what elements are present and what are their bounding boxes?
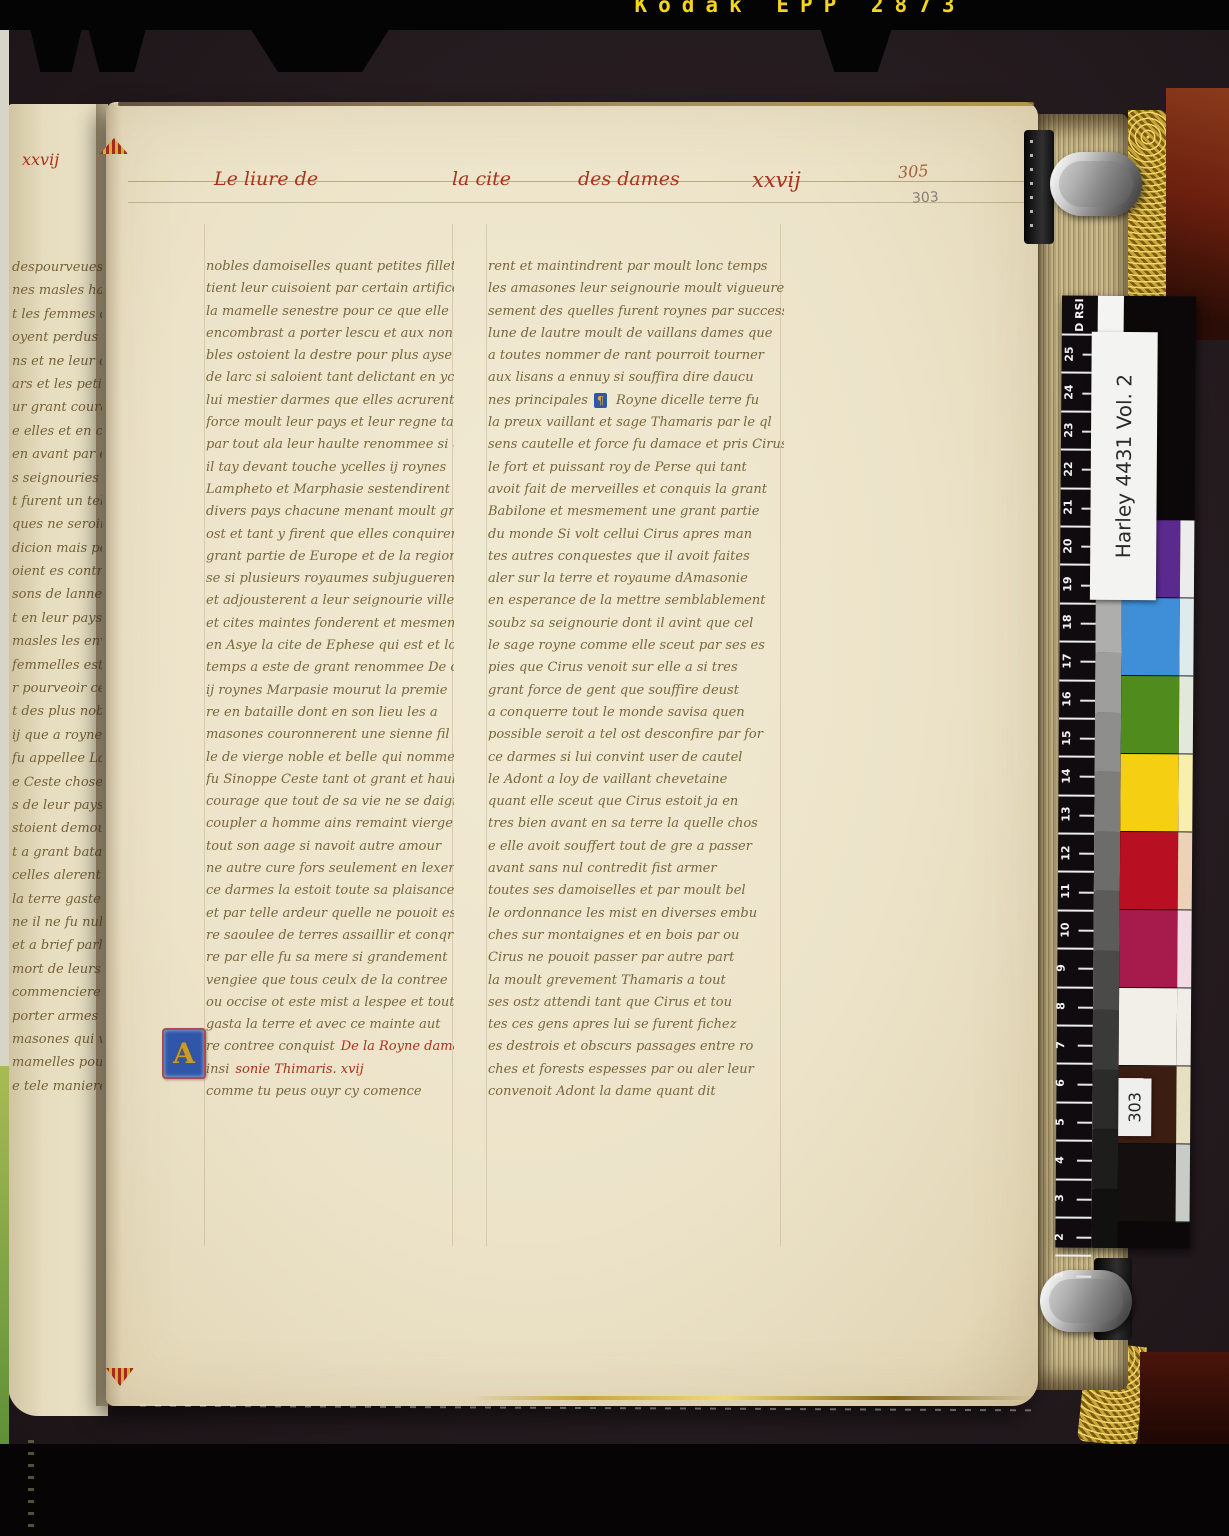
ink-text: nobles damoiselles quant petites fillett…	[206, 259, 454, 274]
text-line: ce darmes la estoit toute sa plaisance	[206, 880, 454, 902]
ruler-tick-cell: 15	[1059, 717, 1095, 756]
text-line: convenoit Adont la dame quant dit	[488, 1081, 784, 1103]
column-ruling-line	[486, 224, 487, 1246]
ink-text: possible seroit a tel ost desconfire par…	[488, 727, 763, 742]
ink-text: tes ces gens apres lui se furent fichez	[488, 1017, 736, 1032]
ruler-number: 4	[1053, 1156, 1066, 1164]
ink-text: Lampheto et Marphasie sestendirent en	[206, 482, 454, 497]
color-patch	[1121, 598, 1180, 676]
film-edge-strip	[0, 30, 9, 1070]
text-line: sens cautelle et force fu damace et pris…	[488, 434, 784, 456]
text-line: ce darmes si lui convint user de cautel	[488, 747, 784, 769]
ruler-tick-cell: 11	[1058, 871, 1094, 910]
film-bottom-border	[0, 1444, 1229, 1536]
ink-text: avant sans nul contredit fist armer	[488, 861, 717, 876]
ruler-number: 13	[1059, 807, 1072, 822]
text-line: es destrois et obscurs passages entre ro	[488, 1036, 784, 1058]
tint-patch	[1177, 910, 1192, 988]
text-line: gasta la terre et avec ce mainte aut	[206, 1014, 454, 1036]
text-line: bles ostoient la destre pour plus ayse t…	[206, 345, 454, 367]
text-line: en esperance de la mettre semblablement	[488, 590, 784, 612]
ink-text: ce darmes si lui convint user de cautel	[488, 750, 742, 765]
text-line: re saoulee de terres assaillir et conqr	[206, 925, 454, 947]
ruler-number: 6	[1054, 1079, 1067, 1087]
header-ruling-line	[128, 202, 1024, 203]
text-line-fragment: t furent un tel cort	[12, 490, 102, 513]
ink-text: courage que tout de sa vie ne se daigna	[206, 794, 454, 809]
text-line: insisonie Thimaris. xvij	[206, 1059, 454, 1081]
text-line: en Asye la cite de Ephese qui est et lon	[206, 635, 454, 657]
ruler-tick-cell: 5	[1056, 1101, 1092, 1140]
ink-text: ches sur montaignes et en bois par ou	[488, 928, 739, 943]
text-line-fragment: celles alerent sur les	[12, 864, 102, 887]
ruler-number: 15	[1060, 730, 1073, 745]
ink-text: rent et maintindrent par moult lonc temp…	[488, 259, 767, 274]
tint-patch	[1179, 676, 1194, 754]
text-line: la moult grevement Thamaris a tout	[488, 970, 784, 992]
ink-text: es destrois et obscurs passages entre ro	[488, 1039, 753, 1054]
ruler-number: 9	[1055, 964, 1068, 972]
text-line: avant sans nul contredit fist armer	[488, 858, 784, 880]
tint-patch	[1176, 1144, 1191, 1222]
text-line: les amasones leur seignourie moult vigue…	[488, 278, 784, 300]
ruler-number: 8	[1054, 1002, 1067, 1010]
text-line: tes ces gens apres lui se furent fichez	[488, 1014, 784, 1036]
text-line-fragment: nes masles habitans	[12, 279, 102, 302]
text-line: avoit fait de merveilles et conquis la g…	[488, 479, 784, 501]
ruler-number: 7	[1054, 1041, 1067, 1049]
film-notch	[30, 28, 82, 72]
ruler-number: 1	[1052, 1271, 1065, 1279]
text-line: nes principales¶Royne dicelle terre fu	[488, 390, 784, 412]
text-line-fragment: ne il ne fu nul qui a	[12, 911, 102, 934]
text-line: tes autres conquestes que il avoit faite…	[488, 546, 784, 568]
ink-text: soubz sa seignourie dont il avint que ce…	[488, 616, 753, 631]
ink-text: convenoit Adont la dame quant dit	[488, 1084, 716, 1099]
ruler-tick-cell: 1	[1055, 1255, 1091, 1294]
ink-text: e elle avoit souffert tout de gre a pass…	[488, 839, 752, 854]
film-edge-strip-green	[0, 1066, 9, 1444]
color-calibration-bar: D RSI 25 24 23 22 21 20 19 18 17 16	[1055, 296, 1196, 1249]
ink-text: se si plusieurs royaumes subjuguerent	[206, 571, 454, 586]
text-line-fragment: masles les envoyoient	[12, 630, 102, 653]
grayscale-step	[1093, 1010, 1119, 1070]
text-line-fragment: ns et ne leur estoit	[12, 350, 102, 373]
ink-text: vengiee que tous ceulx de la contree	[206, 973, 448, 988]
ink-text: le fort et puissant roy de Perse qui tan…	[488, 460, 747, 475]
text-line: ou occise ot este mist a lespee et toute	[206, 992, 454, 1014]
ruler-number: 12	[1059, 845, 1072, 860]
text-line: a conquerre tout le monde savisa quen	[488, 702, 784, 724]
ink-text: ou occise ot este mist a lespee et toute	[206, 995, 454, 1010]
ink-text: le sage royne comme elle sceut par ses e…	[488, 638, 765, 653]
rubric-text: sonie Thimaris. xvij	[235, 1062, 363, 1077]
ink-text: ost et tant y firent que elles conquiren…	[206, 527, 454, 542]
text-line: divers pays chacune menant moult grant	[206, 501, 454, 523]
text-line-fragment: t les femmes du	[12, 303, 102, 326]
text-line-fragment: ques ne seroit souffert	[12, 513, 102, 536]
text-line-fragment: mort de leurs ennemis	[12, 958, 102, 981]
text-line-fragment: t a grant bataille tout	[12, 841, 102, 864]
text-line: tout son aage si navoit autre amour	[206, 836, 454, 858]
grayscale-step	[1095, 712, 1121, 772]
text-line: tient leur cuisoient par certain artific…	[206, 278, 454, 300]
folio-number-ink: 305	[897, 161, 929, 182]
ink-text: aux lisans a ennuy si souffira dire dauc…	[488, 370, 754, 385]
ruler-number: 16	[1060, 692, 1073, 707]
color-patch	[1119, 910, 1178, 988]
film-stock-label: Kodak EPP 2873	[560, 0, 1040, 17]
ink-text: fu Sinoppe Ceste tant ot grant et hault	[206, 772, 454, 787]
text-line: possible seroit a tel ost desconfire par…	[488, 724, 784, 746]
ink-text: temps a este de grant renommee De ces	[206, 660, 454, 675]
text-line: a toutes nommer de rant pourroit tourner	[488, 345, 784, 367]
text-line-fragment: ars et les petis enfans	[12, 373, 102, 396]
text-line: sement des quelles furent roynes par suc…	[488, 301, 784, 323]
ruler-tick-cell: 8	[1057, 986, 1093, 1025]
tint-patch	[1177, 988, 1192, 1066]
running-title-chapter-number: xxvij	[752, 168, 801, 192]
ink-text: du monde Si volt cellui Cirus apres man	[488, 527, 752, 542]
ink-text: grant partie de Europe et de la region d…	[206, 549, 454, 564]
ink-text: sens cautelle et force fu damace et pris…	[488, 437, 784, 452]
ruler-tick-cell: 18	[1060, 602, 1096, 641]
text-line: la preux vaillant et sage Thamaris par l…	[488, 412, 784, 434]
ink-text: a conquerre tout le monde savisa quen	[488, 705, 745, 720]
grayscale-step	[1091, 1188, 1117, 1248]
ruler-number: 25	[1063, 346, 1076, 361]
ink-text: toutes ses damoiselles et par moult bel	[488, 883, 746, 898]
ink-text: Cirus ne pouoit passer par autre part	[488, 950, 734, 965]
ink-text: et cites maintes fonderent et mesmement	[206, 616, 454, 631]
ink-text: ce darmes la estoit toute sa plaisance	[206, 883, 454, 898]
ink-text: encombrast a porter lescu et aux non no	[206, 326, 454, 341]
grayscale-step	[1094, 831, 1120, 891]
running-title-part: Le liure de	[214, 168, 318, 190]
running-title-part: la cite	[452, 168, 511, 190]
ink-text: tres bien avant en sa terre la quelle ch…	[488, 816, 758, 831]
ruler-tick-cell: 12	[1058, 833, 1094, 872]
ink-text: et adjousterent a leur seignourie villes	[206, 593, 454, 608]
ruler-tick-cell: 9	[1057, 948, 1093, 987]
ruler-number: 17	[1061, 653, 1074, 668]
ink-text: sement des quelles furent roynes par suc…	[488, 304, 784, 319]
ruler-number: 24	[1062, 384, 1075, 399]
tint-patch	[1179, 598, 1194, 676]
ink-text: par tout ala leur haulte renommee si que	[206, 437, 454, 452]
initial-letter: A	[173, 1037, 195, 1070]
ruler-tick-cell: 6	[1056, 1063, 1092, 1102]
ruler-tick-cell: 3	[1056, 1178, 1092, 1217]
ruler-tick-cell: 16	[1059, 679, 1095, 718]
text-line: encombrast a porter lescu et aux non no	[206, 323, 454, 345]
text-line-fragment: s de leur pays tous les	[12, 794, 102, 817]
text-line: le de vierge noble et belle qui nommee	[206, 747, 454, 769]
ink-text: divers pays chacune menant moult grant	[206, 504, 454, 519]
ink-text: le Adont a loy de vaillant chevetaine	[488, 772, 727, 787]
ink-text: quant elle sceut que Cirus estoit ja en	[488, 794, 738, 809]
text-line: masones couronnerent une sienne fil	[206, 724, 454, 746]
text-line-fragment: et a brief parler mis	[12, 934, 102, 957]
text-line: nobles damoiselles quant petites fillett…	[206, 256, 454, 278]
manuscript-photograph: Kodak EPP 2873 xxvij despourveues de tou…	[0, 0, 1229, 1536]
text-line: se si plusieurs royaumes subjuguerent	[206, 568, 454, 590]
text-line: courage que tout de sa vie ne se daigna	[206, 791, 454, 813]
text-line: et adjousterent a leur seignourie villes	[206, 590, 454, 612]
text-line: ne autre cure fors seulement en lexerci	[206, 858, 454, 880]
ruler-number: 10	[1059, 922, 1072, 937]
text-line-fragment: t des plus nobles da	[12, 700, 102, 723]
facing-page-edge: xxvij despourveues de tousnes masles hab…	[8, 104, 108, 1416]
text-line: lune de lautre moult de vaillans dames q…	[488, 323, 784, 345]
text-line-fragment: dicion mais pour a	[12, 537, 102, 560]
color-patch	[1118, 1144, 1177, 1222]
film-notch	[88, 28, 146, 72]
ink-text: gasta la terre et avec ce mainte aut	[206, 1017, 440, 1032]
ink-text: aler sur la terre et royaume dAmasonie	[488, 571, 748, 586]
ink-text: pies que Cirus venoit sur elle a si tres	[488, 660, 738, 675]
text-line-fragment: en avant par elles	[12, 443, 102, 466]
ruler-number: 23	[1062, 423, 1075, 438]
text-line-fragment: e Ceste chose faite ta	[12, 771, 102, 794]
ruler-tick-cell: 13	[1058, 794, 1094, 833]
ink-text: masones couronnerent une sienne fil	[206, 727, 450, 742]
text-line: du monde Si volt cellui Cirus apres man	[488, 524, 784, 546]
ink-text: nes principales	[488, 393, 588, 408]
color-patch	[1121, 676, 1180, 754]
ruler-number: 2	[1053, 1233, 1066, 1241]
ink-text: ses ostz attendi tant que Cirus et tou	[488, 995, 732, 1010]
text-line-fragment: ur grant courage e	[12, 396, 102, 419]
ink-text: tout son aage si navoit autre amour	[206, 839, 441, 854]
ink-text: lune de lautre moult de vaillans dames q…	[488, 326, 772, 341]
text-line: e elle avoit souffert tout de gre a pass…	[488, 836, 784, 858]
text-line: par tout ala leur haulte renommee si que	[206, 434, 454, 456]
text-line: ij roynes Marpasie mourut la premie	[206, 680, 454, 702]
folio-sticker-label: 303	[1118, 1078, 1151, 1136]
ink-text: insi	[206, 1062, 229, 1077]
text-line: aux lisans a ennuy si souffira dire dauc…	[488, 367, 784, 389]
text-line: vengiee que tous ceulx de la contree	[206, 970, 454, 992]
text-line: et par telle ardeur quelle ne pouoit est	[206, 903, 454, 925]
ruler-tick-cell: 4	[1056, 1140, 1092, 1179]
ink-text: le ordonnance les mist en diverses embu	[488, 906, 757, 921]
ruler-tick-cell: 2	[1055, 1216, 1091, 1255]
text-line-fragment: femmelles estoient la	[12, 654, 102, 677]
ink-text: la mamelle senestre pour ce que elle ne …	[206, 304, 454, 319]
ruler-number: 22	[1062, 461, 1075, 476]
ruler-number: 18	[1061, 615, 1074, 630]
text-line: Babilone et mesmement une grant partie	[488, 501, 784, 523]
text-line: le sage royne comme elle sceut par ses e…	[488, 635, 784, 657]
ink-text: force moult leur pays et leur regne tant…	[206, 415, 454, 430]
text-line-fragment: mamelles pour ce q	[12, 1051, 102, 1074]
text-line: Cirus ne pouoit passer par autre part	[488, 947, 784, 969]
text-line: rent et maintindrent par moult lonc temp…	[488, 256, 784, 278]
grayscale-step	[1093, 950, 1119, 1010]
ink-text: les amasones leur seignourie moult vigue…	[488, 281, 784, 296]
ink-text: bles ostoient la destre pour plus ayse t…	[206, 348, 454, 363]
text-line: coupler a homme ains remaint vierge	[206, 813, 454, 835]
text-line-fragment: la terre gasterent pui	[12, 888, 102, 911]
text-line-fragment: commencierent les fem	[12, 981, 102, 1004]
ink-text: re saoulee de terres assaillir et conqr	[206, 928, 453, 943]
ink-text: coupler a homme ains remaint vierge	[206, 816, 453, 831]
ink-text: ij roynes Marpasie mourut la premie	[206, 683, 448, 698]
ruler-tick-cell: 10	[1057, 909, 1093, 948]
tint-patch	[1178, 832, 1193, 910]
binder-clip-handle-top	[1050, 152, 1142, 216]
text-line: force moult leur pays et leur regne tant…	[206, 412, 454, 434]
text-line: temps a este de grant renommee De ces	[206, 657, 454, 679]
text-line: aler sur la terre et royaume dAmasonie	[488, 568, 784, 590]
ink-text: re en bataille dont en son lieu les a	[206, 705, 438, 720]
ink-text: Royne dicelle terre fu	[616, 393, 759, 408]
color-patch	[1120, 754, 1179, 832]
text-line-fragment: fu appellee Lampheto	[12, 747, 102, 770]
text-line-fragment: t en leur pays et se	[12, 607, 102, 630]
illuminated-initial: A	[162, 1028, 206, 1079]
ink-text: lui mestier darmes que elles acrurent pa…	[206, 393, 454, 408]
grayscale-step	[1095, 653, 1121, 713]
ink-text: Babilone et mesmement une grant partie	[488, 504, 759, 519]
ruler-number: 21	[1062, 500, 1075, 515]
ink-text: en esperance de la mettre semblablement	[488, 593, 765, 608]
ink-text: avoit fait de merveilles et conquis la g…	[488, 482, 767, 497]
grayscale-step	[1093, 891, 1119, 951]
color-patch	[1119, 988, 1178, 1066]
grayscale-step	[1092, 1129, 1118, 1189]
text-line-fragment: ij que a roynes cour	[12, 724, 102, 747]
ink-text: ches et forests espesses par ou aler leu…	[488, 1062, 754, 1077]
ink-text: ne autre cure fors seulement en lexerci	[206, 861, 454, 876]
shelfmark-label: Harley 4431 Vol. 2	[1090, 332, 1158, 600]
ruler-tick-cell: 14	[1059, 756, 1095, 795]
ruler-number: 3	[1053, 1194, 1066, 1202]
text-line: ses ostz attendi tant que Cirus et tou	[488, 992, 784, 1014]
grayscale-step	[1092, 1069, 1118, 1129]
ink-text: comme tu peus ouyr cy comence	[206, 1084, 422, 1099]
column-ruling-line	[204, 224, 205, 1246]
film-edge-marks	[28, 1440, 34, 1530]
text-line: ost et tant y firent que elles conquiren…	[206, 524, 454, 546]
text-line-fragment: e elles et en conclusion	[12, 420, 102, 443]
facing-text-fragments: despourveues de tousnes masles habitanst…	[12, 256, 102, 1098]
ruler-tick-cell: 7	[1057, 1025, 1093, 1064]
text-line: pies que Cirus venoit sur elle a si tres	[488, 657, 784, 679]
ink-text: en Asye la cite de Ephese qui est et lon	[206, 638, 454, 653]
text-line-fragment: stoient demourez et	[12, 817, 102, 840]
text-line: comme tu peus ouyr cy comence	[206, 1081, 454, 1103]
ink-text: il tay devant touche ycelles ij roynes	[206, 460, 446, 475]
paraph-mark: ¶	[594, 393, 607, 408]
text-line: Lampheto et Marphasie sestendirent en	[206, 479, 454, 501]
tint-patch	[1178, 754, 1193, 832]
text-line: le ordonnance les mist en diverses embu	[488, 903, 784, 925]
ruler-tick-cell: 17	[1059, 641, 1095, 680]
film-notch	[820, 28, 892, 72]
text-line: la mamelle senestre pour ce que elle ne …	[206, 301, 454, 323]
ink-text: et par telle ardeur quelle ne pouoit est	[206, 906, 454, 921]
film-notch	[250, 28, 390, 72]
page-top-edge	[118, 102, 1034, 106]
ink-text: re contree conquist	[206, 1039, 335, 1054]
text-line: re contree conquistDe la Royne dama	[206, 1036, 454, 1058]
text-line: et cites maintes fonderent et mesmement	[206, 613, 454, 635]
text-column-2: rent et maintindrent par moult lonc temp…	[488, 256, 784, 1103]
ink-text: le de vierge noble et belle qui nommee	[206, 750, 454, 765]
text-line: ches sur montaignes et en bois par ou	[488, 925, 784, 947]
text-line: grant force de gent que souffire deust	[488, 680, 784, 702]
ruler-number: 19	[1061, 576, 1074, 591]
text-line: fu Sinoppe Ceste tant ot grant et hault	[206, 769, 454, 791]
text-line-fragment: e tele maniere que ayent	[12, 1075, 102, 1098]
ruler-number: 5	[1054, 1118, 1067, 1126]
tint-patch	[1176, 1066, 1191, 1144]
ink-text: la preux vaillant et sage Thamaris par l…	[488, 415, 772, 430]
color-patch	[1120, 832, 1179, 910]
grayscale-step	[1096, 593, 1122, 653]
text-column-1: nobles damoiselles quant petites fillett…	[206, 256, 454, 1103]
text-line: le fort et puissant roy de Perse qui tan…	[488, 457, 784, 479]
ruler-number: 14	[1060, 768, 1073, 783]
text-line: lui mestier darmes que elles acrurent pa…	[206, 390, 454, 412]
folio-number-pencil: 303	[912, 189, 940, 206]
ink-text: tient leur cuisoient par certain artific…	[206, 281, 454, 296]
binder-clip-reflection	[1030, 140, 1033, 230]
running-title-part: des dames	[578, 168, 680, 190]
ruler-number: 11	[1059, 884, 1072, 899]
text-line: quant elle sceut que Cirus estoit ja en	[488, 791, 784, 813]
facing-chapter-number: xxvij	[22, 150, 59, 169]
text-line: re en bataille dont en son lieu les a	[206, 702, 454, 724]
ink-text: la moult grevement Thamaris a tout	[488, 973, 726, 988]
text-line-fragment: r pourveoir ceste et	[12, 677, 102, 700]
text-line: re par elle fu sa mere si grandement	[206, 947, 454, 969]
text-line-fragment: oyent perdus leur	[12, 326, 102, 349]
text-line: le Adont a loy de vaillant chevetaine	[488, 769, 784, 791]
ink-text: tes autres conquestes que il avoit faite…	[488, 549, 750, 564]
ink-text: re par elle fu sa mere si grandement	[206, 950, 447, 965]
gilt-edge-glint	[470, 1396, 1036, 1400]
text-line: tres bien avant en sa terre la quelle ch…	[488, 813, 784, 835]
ruler-top-label: D RSI	[1062, 296, 1098, 334]
ink-text: grant force de gent que souffire deust	[488, 683, 739, 698]
ruler-number: 20	[1061, 538, 1074, 553]
text-line: il tay devant touche ycelles ij roynes	[206, 457, 454, 479]
grayscale-step	[1094, 772, 1120, 832]
rubric-text: De la Royne dama	[341, 1039, 454, 1054]
text-line-fragment: s seignouries sans	[12, 467, 102, 490]
ink-text: de larc si saloient tant delictant en yc…	[206, 370, 454, 385]
text-line: soubz sa seignourie dont il avint que ce…	[488, 613, 784, 635]
text-line-fragment: despourveues de tous	[12, 256, 102, 279]
text-line: grant partie de Europe et de la region d…	[206, 546, 454, 568]
text-line: ches et forests espesses par ou aler leu…	[488, 1059, 784, 1081]
text-line-fragment: masones qui vault aut	[12, 1028, 102, 1051]
text-line-fragment: porter armes qui furent	[12, 1005, 102, 1028]
tint-patch	[1180, 520, 1195, 598]
ink-text: a toutes nommer de rant pourroit tourner	[488, 348, 764, 363]
text-line: de larc si saloient tant delictant en yc…	[206, 367, 454, 389]
gutter-shadow	[96, 104, 128, 1406]
text-line-fragment: oient es contrees vo	[12, 560, 102, 583]
text-line-fragment: sons de lannee et	[12, 583, 102, 606]
text-line: toutes ses damoiselles et par moult bel	[488, 880, 784, 902]
